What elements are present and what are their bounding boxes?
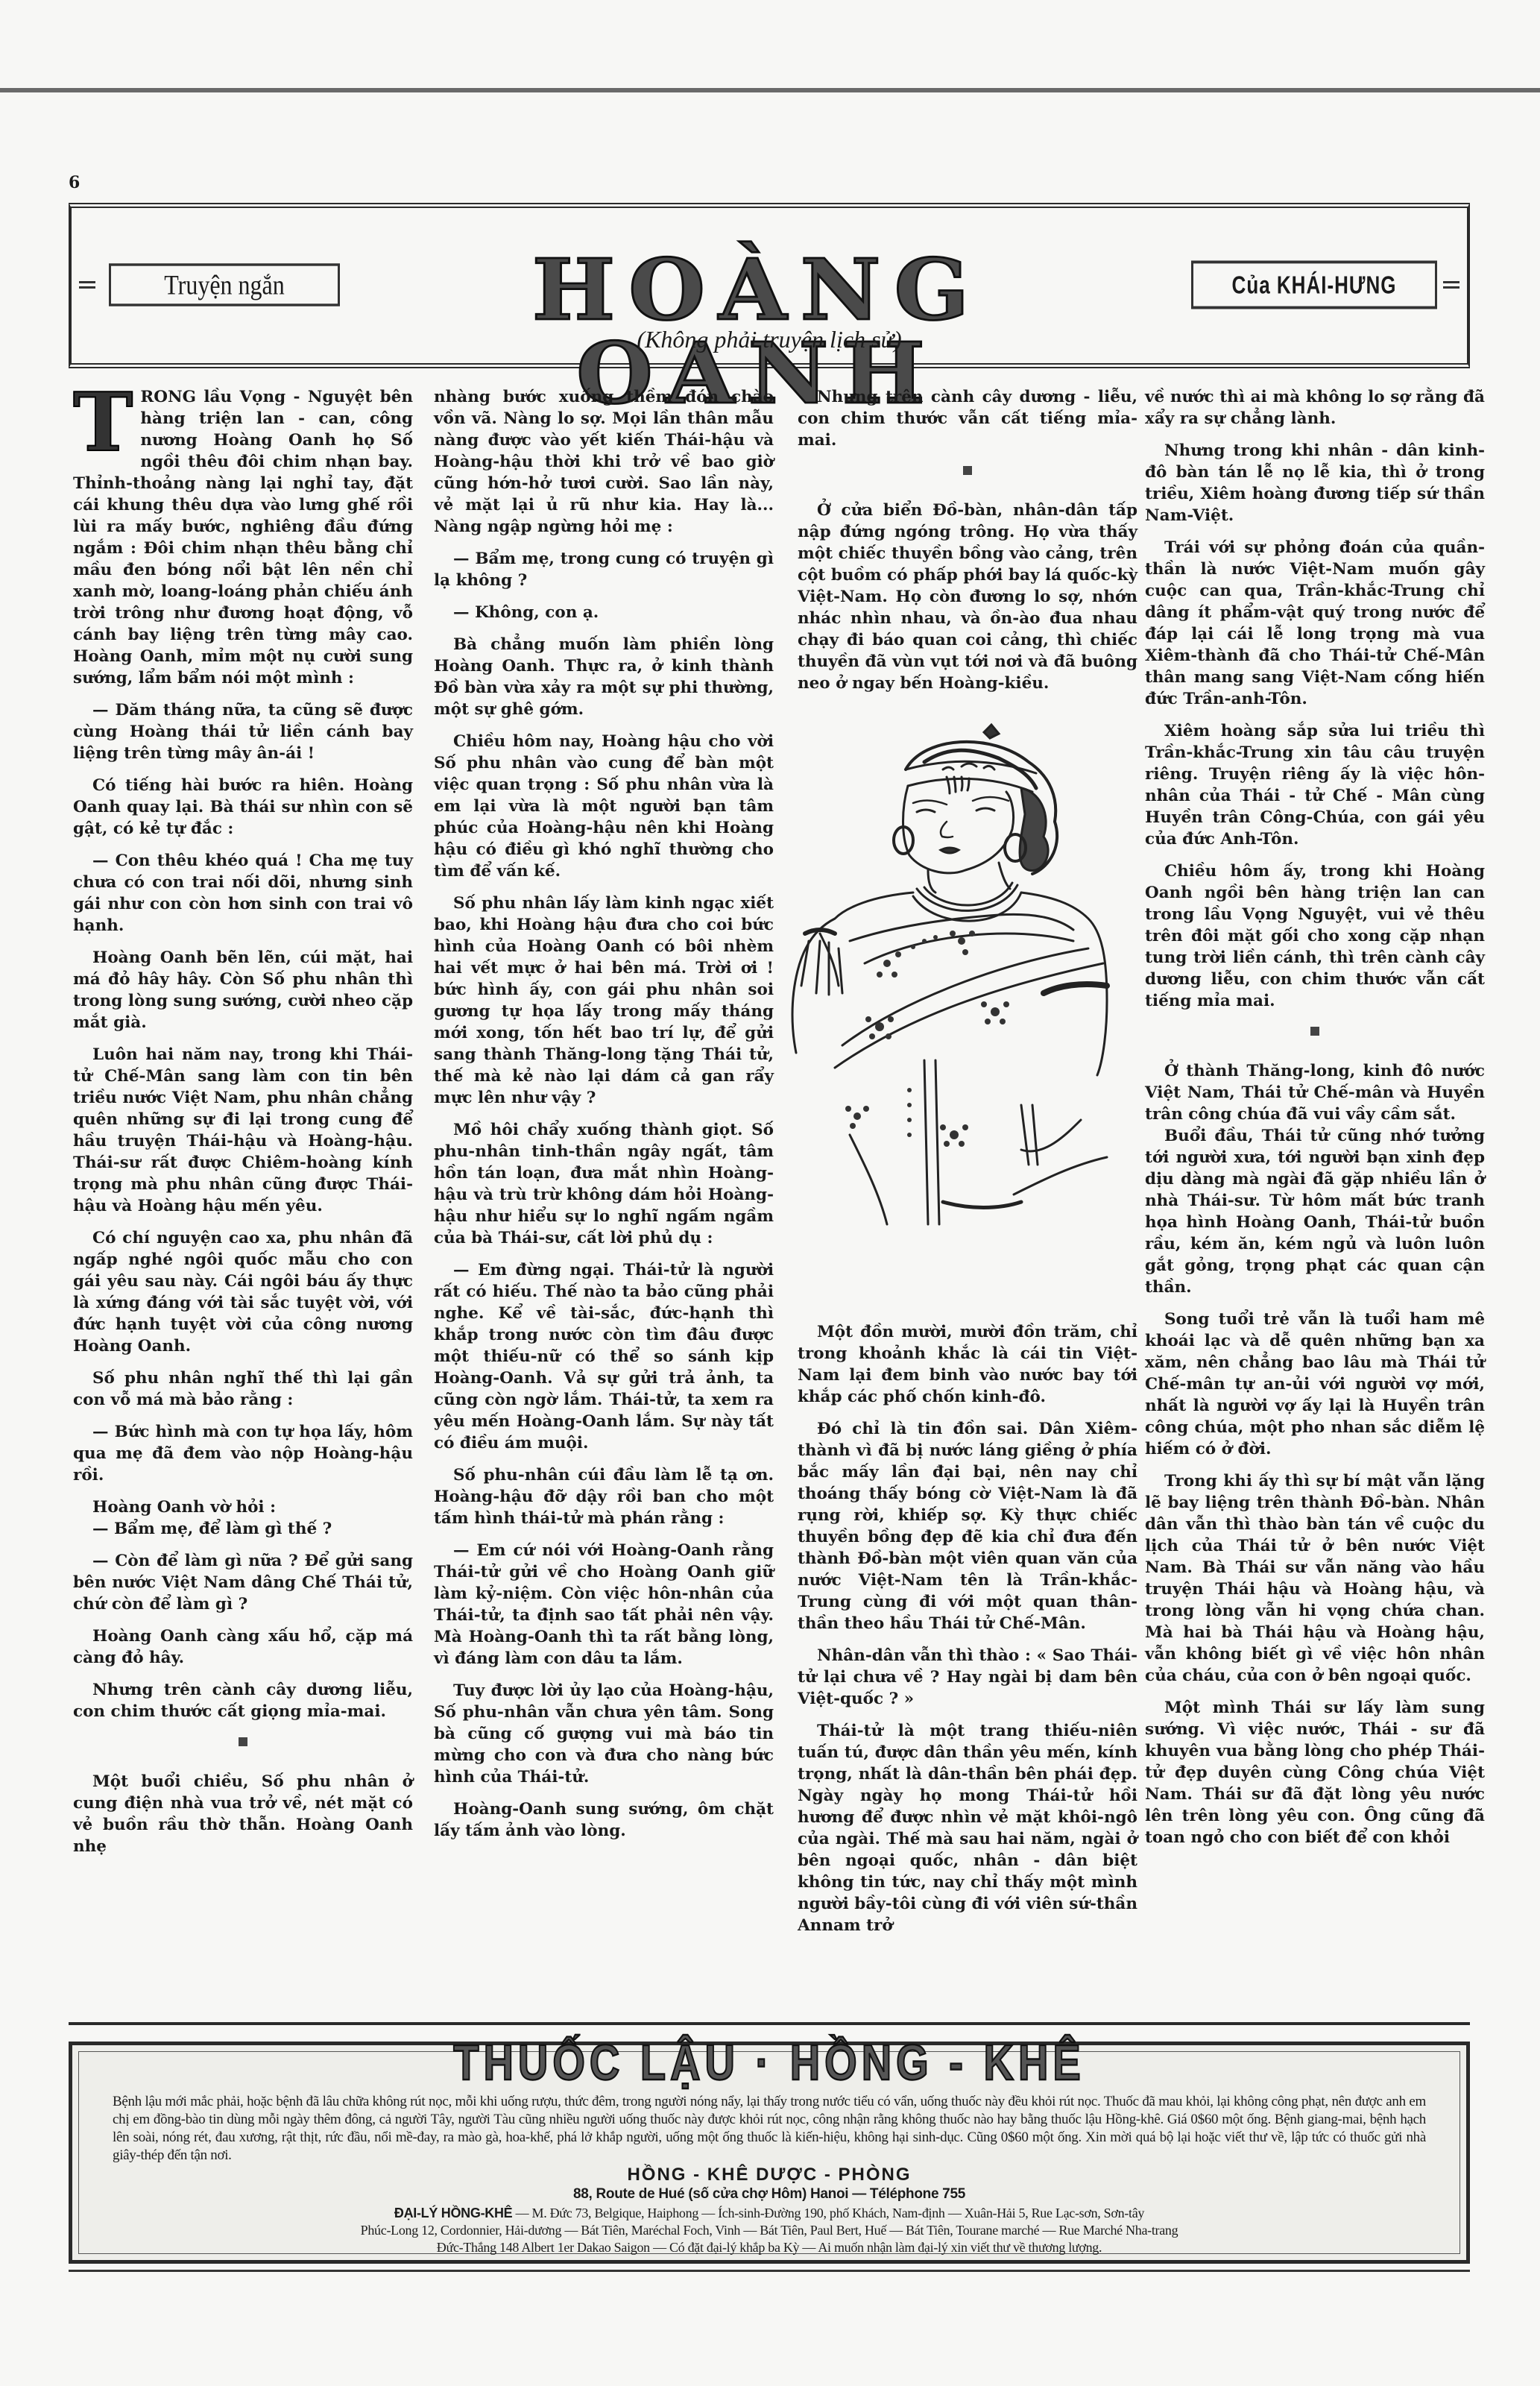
ornament-dash-right [1443, 281, 1459, 289]
paragraph: Có tiếng hài bước ra hiên. Hoàng Oanh qu… [73, 775, 413, 840]
advertisement-box: THUỐC LẬU · HỒNG - KHÊ Bệnh lậu mới mắc … [69, 2042, 1470, 2264]
paragraph: Trái với sự phỏng đoán của quần-thần là … [1145, 537, 1485, 710]
woman-portrait-illustration [775, 717, 1133, 1314]
paragraph: Hoàng Oanh bẽn lẽn, cúi mặt, hai má đỏ h… [73, 947, 413, 1033]
paragraph: Luôn hai năm nay, trong khi Thái-tử Chế-… [73, 1044, 413, 1217]
paragraph: Song tuổi trẻ vẫn là tuổi ham mê khoái l… [1145, 1309, 1485, 1460]
genre-label: Truyện ngắn [109, 263, 340, 306]
paragraph: Có chí nguyện cao xa, phu nhân đã ngấp n… [73, 1227, 413, 1357]
paragraph: Buổi đầu, Thái tử cũng nhớ tưởng tới ngư… [1145, 1125, 1485, 1298]
agents-label: ĐẠI-LÝ HỒNG-KHÊ [394, 2206, 513, 2220]
paragraph: về nước thì ai mà không lo sợ rằng đã xẩ… [1145, 386, 1485, 429]
page-number: 6 [69, 173, 80, 192]
story-subtitle: (Không phải truyện lịch sử) [72, 326, 1467, 353]
paragraph: — Không, con ạ. [434, 602, 774, 623]
paragraph: — Con thêu khéo quá ! Cha mẹ tuy chưa có… [73, 850, 413, 937]
article-column-3-top: Nhưng trên cành cây dương - liễu, con ch… [798, 386, 1137, 705]
advertisement-company: HỒNG - KHÊ DƯỢC - PHÒNG [113, 2166, 1426, 2184]
advertisement-title: THUỐC LẬU · HỒNG - KHÊ [72, 2033, 1466, 2091]
article-column-2: nhàng bước xuống thềm đón chào vồn vã. N… [434, 386, 774, 1852]
article-column-4: về nước thì ai mà không lo sợ rằng đã xẩ… [1145, 386, 1485, 1859]
paragraph: Nhân-dân vẫn thì thào : « Sao Thái-tử lạ… [798, 1645, 1137, 1710]
section-separator [1145, 1022, 1485, 1044]
paragraph: Một buổi chiều, Số phu nhân ở cung điện … [73, 1771, 413, 1857]
paragraph: — Bẩm mẹ, trong cung có truyện gì lạ khô… [434, 548, 774, 591]
paragraph: Ở cửa biển Đồ-bàn, nhân-dân tấp nập đứng… [798, 500, 1137, 694]
paragraph: Xiêm hoàng sắp sửa lui triều thì Trần-kh… [1145, 720, 1485, 850]
section-separator [73, 1733, 413, 1754]
section-separator [798, 462, 1137, 483]
title-banner: Truyện ngắn HOÀNG OANH Của KHÁI-HƯNG (Kh… [69, 203, 1470, 368]
paragraph: Đó chỉ là tin đồn sai. Dân Xiêm-thành vì… [798, 1418, 1137, 1634]
advertisement-address: 88, Route de Hué (số cửa chợ Hôm) Hanoi … [113, 2185, 1426, 2203]
paragraph: Hoàng-Oanh sung sướng, ôm chặt lấy tấm ả… [434, 1798, 774, 1842]
square-ornament-icon [1310, 1027, 1319, 1036]
advertisement-agents: ĐẠI-LÝ HỒNG-KHÊ — M. Đức 73, Belgique, H… [113, 2205, 1426, 2256]
drop-cap: T [73, 391, 133, 455]
author-label: Của KHÁI-HƯNG [1191, 261, 1437, 309]
article-column-1: TRONG lầu Vọng - Nguyệt bên hàng triện l… [73, 386, 413, 1868]
paragraph: — Bẩm mẹ, để làm gì thế ? [73, 1518, 413, 1540]
paragraph: Số phu nhân lấy làm kinh ngạc xiết bao, … [434, 893, 774, 1109]
paragraph: Mồ hôi chẩy xuống thành giọt. Số phu-nhâ… [434, 1119, 774, 1249]
ornament-dash-left [79, 281, 95, 289]
paragraph: Nhưng trên cành cây dương - liễu, con ch… [798, 386, 1137, 451]
paragraph: Số phu-nhân cúi đầu làm lễ tạ ơn. Hoàng-… [434, 1464, 774, 1529]
paragraph: Trong khi ấy thì sự bí mật vẫn lặng lẽ b… [1145, 1470, 1485, 1687]
paragraph: Một đồn mười, mười đồn trăm, chỉ trong k… [798, 1321, 1137, 1408]
paragraph: Chiều hôm ấy, trong khi Hoàng Oanh ngồi … [1145, 860, 1485, 1012]
paragraph: Một mình Thái sư lấy làm sung sướng. Vì … [1145, 1697, 1485, 1848]
paragraph: — Em đừng ngại. Thái-tử là người rất có … [434, 1259, 774, 1454]
paragraph: — Dăm tháng nữa, ta cũng sẽ được cùng Ho… [73, 699, 413, 764]
advertisement-body: Bệnh lậu mới mắc phải, hoặc bệnh đã lâu … [113, 2093, 1426, 2256]
bottom-divider [69, 2270, 1470, 2272]
top-rule [0, 88, 1540, 92]
paragraph: Chiều hôm nay, Hoàng hậu cho vời Số phu … [434, 731, 774, 882]
paragraph: Nhưng trong khi nhân - dân kinh-đô bàn t… [1145, 440, 1485, 526]
section-divider [69, 2022, 1470, 2025]
paragraph: — Còn để làm gì nữa ? Để gửi sang bên nư… [73, 1550, 413, 1615]
paragraph: nhàng bước xuống thềm đón chào vồn vã. N… [434, 386, 774, 538]
paragraph: Tuy được lời ủy lạo của Hoàng-hậu, Số ph… [434, 1680, 774, 1788]
paragraph: Hoàng Oanh vờ hỏi : [73, 1496, 413, 1518]
paragraph: Hoàng Oanh càng xấu hổ, cặp má càng đỏ h… [73, 1625, 413, 1669]
square-ornament-icon [239, 1737, 247, 1746]
paragraph: Số phu nhân nghĩ thế thì lại gần con vỗ … [73, 1367, 413, 1411]
advertisement-text: Bệnh lậu mới mắc phải, hoặc bệnh đã lâu … [113, 2093, 1426, 2165]
article-column-3-bottom: Một đồn mười, mười đồn trăm, chỉ trong k… [798, 1321, 1137, 1947]
square-ornament-icon [963, 466, 972, 475]
paragraph: Nhưng trên cành cây dương liễu, con chim… [73, 1679, 413, 1722]
paragraph: Bà chẳng muốn làm phiền lòng Hoàng Oanh.… [434, 634, 774, 720]
paragraph: — Bức hình mà con tự họa lấy, hôm qua mẹ… [73, 1421, 413, 1486]
paragraph: Thái-tử là một trang thiếu-niên tuấn tú,… [798, 1720, 1137, 1936]
paragraph: TRONG lầu Vọng - Nguyệt bên hàng triện l… [73, 386, 413, 689]
paragraph: — Em cứ nói với Hoàng-Oanh rằng Thái-tử … [434, 1540, 774, 1669]
paragraph: Ở thành Thăng-long, kinh đô nước Việt Na… [1145, 1060, 1485, 1125]
